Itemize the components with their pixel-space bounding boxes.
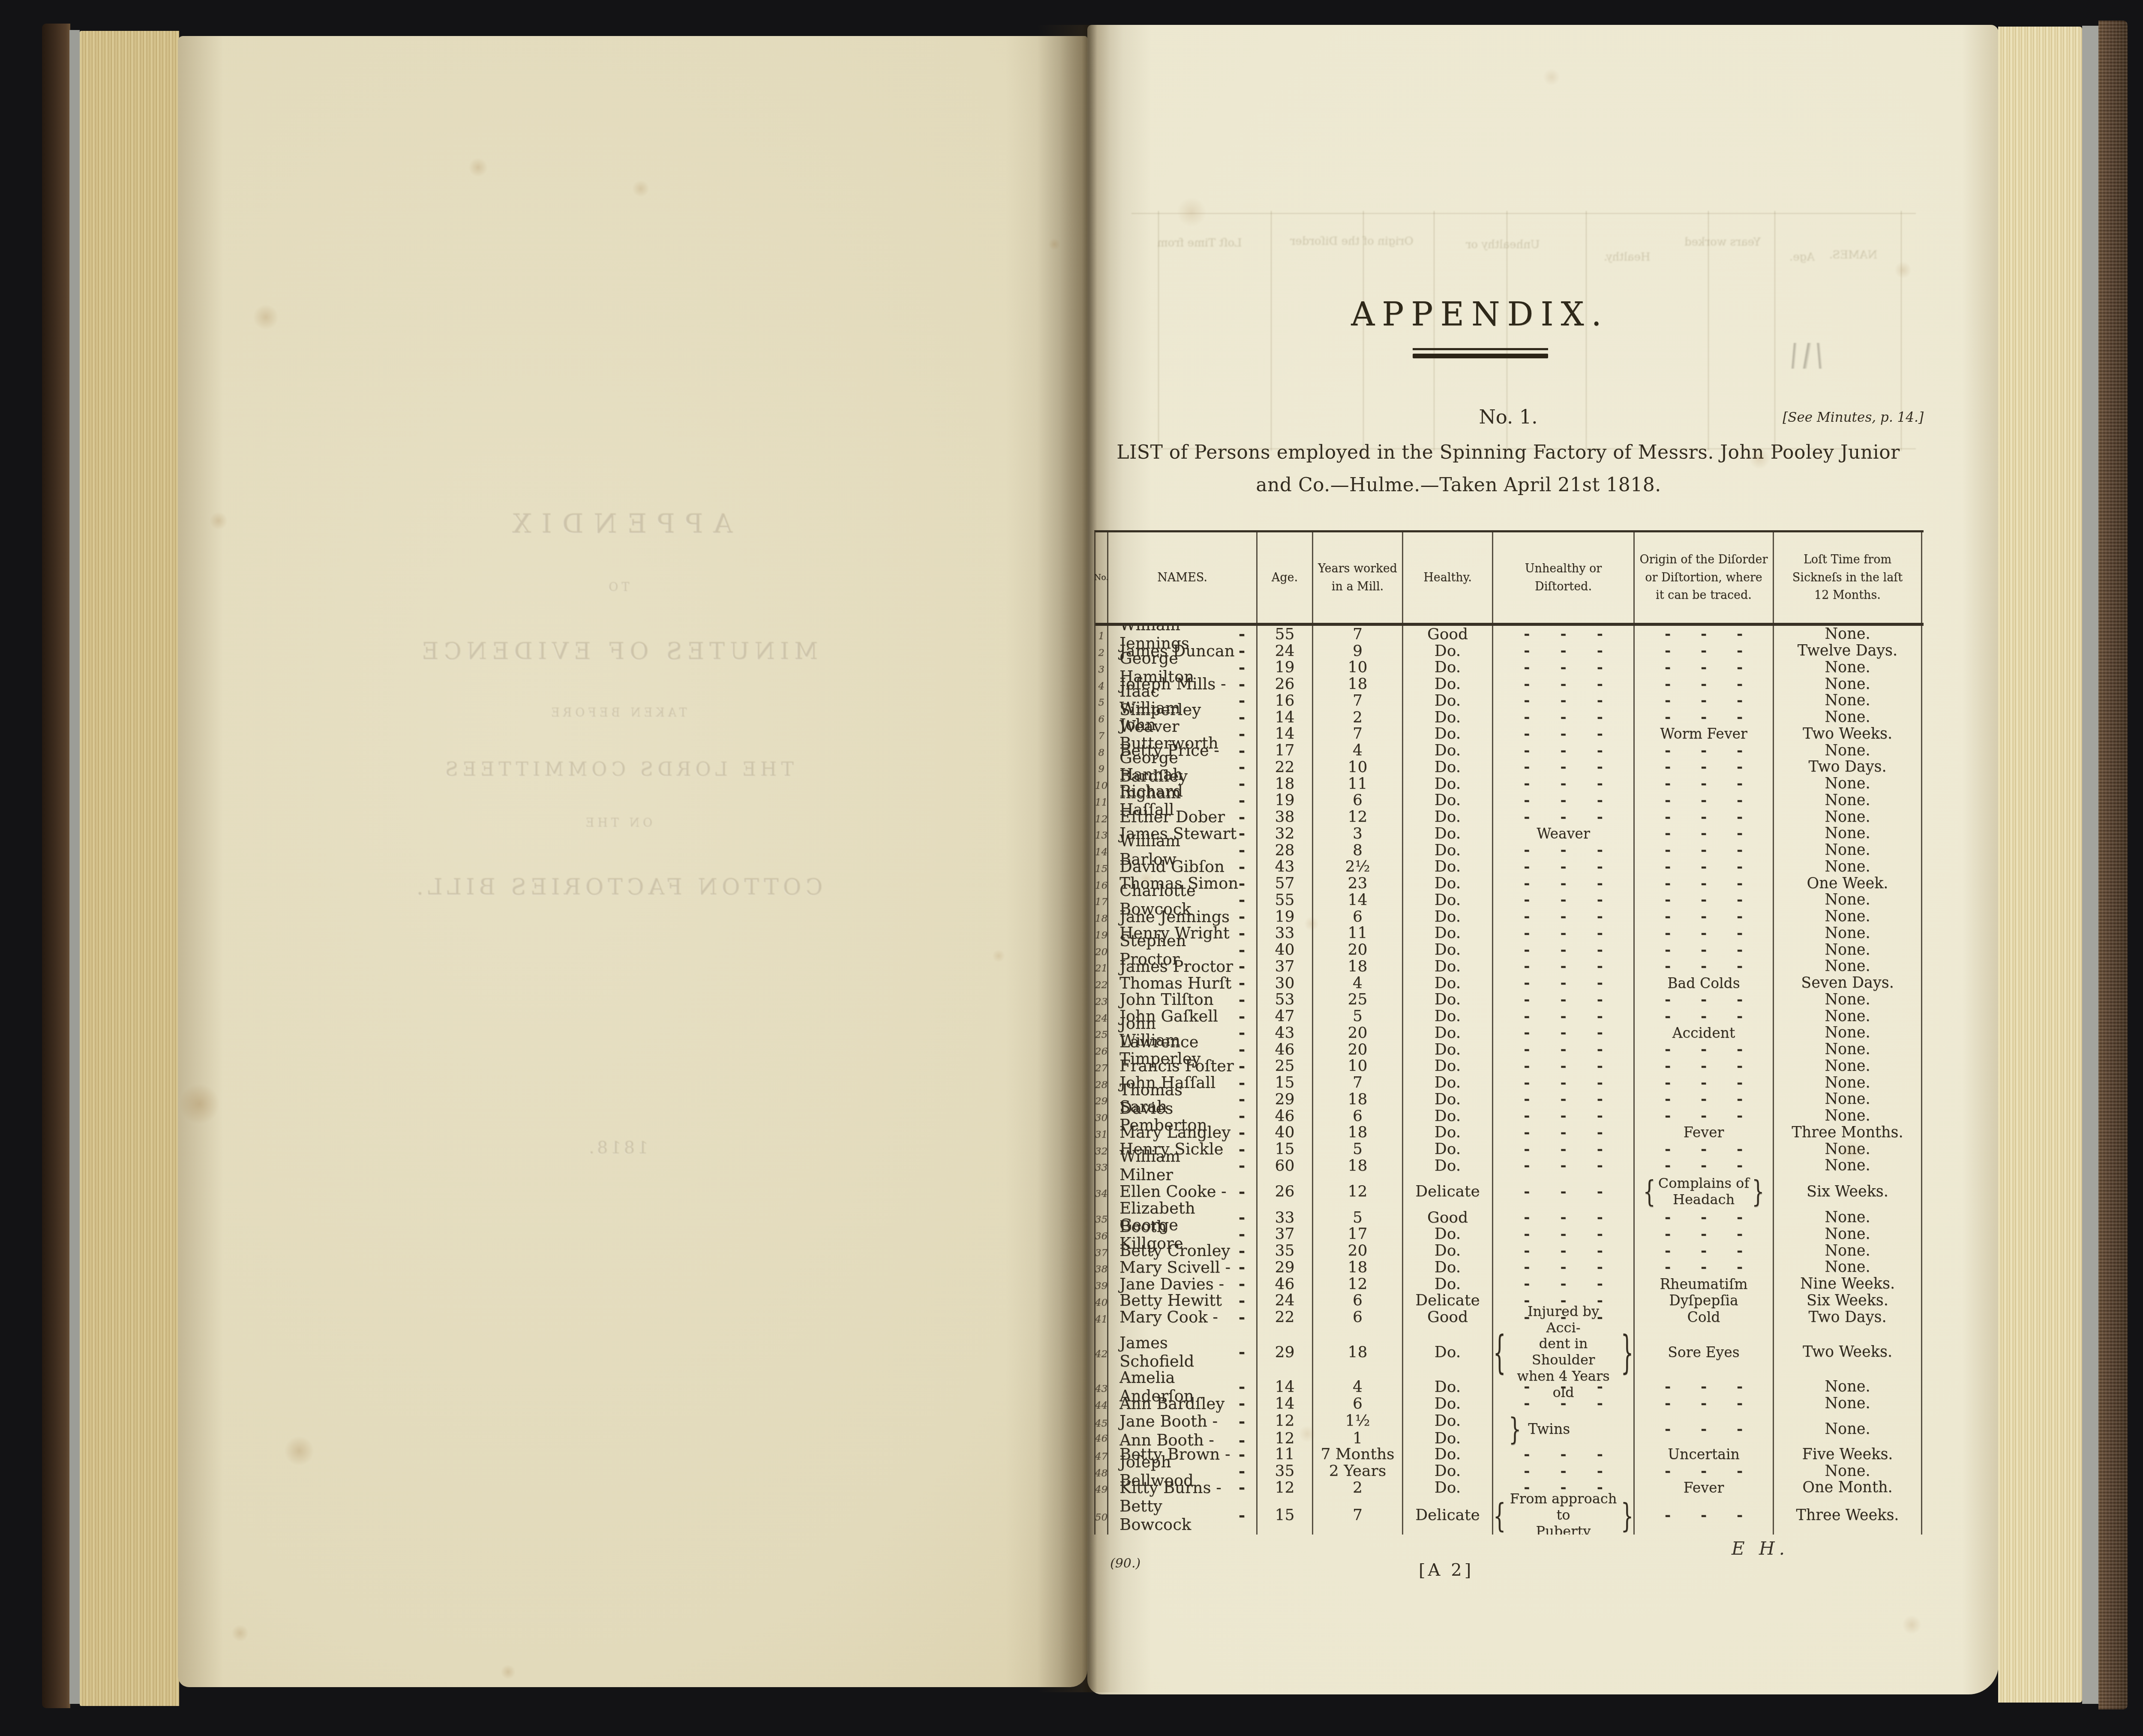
- healthy-status: Do.: [1403, 1479, 1493, 1496]
- dash: -: [1737, 792, 1743, 809]
- lost-time: None.: [1774, 1058, 1922, 1075]
- dash: -: [1560, 742, 1566, 759]
- dash: -: [1560, 1258, 1566, 1276]
- person-age: 46: [1258, 1108, 1313, 1124]
- dash-filler: ---: [1493, 958, 1633, 975]
- lost-time: None.: [1774, 1463, 1922, 1479]
- dash: -: [1701, 792, 1707, 809]
- dash: -: [1597, 1275, 1603, 1292]
- healthy-status: Do.: [1403, 1259, 1493, 1276]
- dash-filler: ---: [1493, 1041, 1633, 1058]
- dash: -: [1665, 925, 1671, 942]
- person-name: Eſther Dober-: [1108, 808, 1258, 825]
- dash: -: [1737, 1242, 1743, 1259]
- years-worked: 23: [1313, 875, 1403, 892]
- dash: -: [1524, 1258, 1530, 1276]
- years-worked: 12: [1313, 1276, 1403, 1292]
- dash-filler: ---: [1635, 1057, 1773, 1075]
- table-row: 33William Milner-6018Do.------None.: [1096, 1157, 1924, 1174]
- dash-filler: ---: [1493, 1157, 1633, 1174]
- row-number: 5: [1096, 692, 1108, 709]
- dash: -: [1560, 758, 1566, 775]
- dash: -: [1524, 1225, 1530, 1243]
- healthy-status: Do.: [1403, 875, 1493, 892]
- unhealthy-note: ---: [1493, 643, 1635, 659]
- dash: -: [1737, 758, 1743, 775]
- dash: -: [1560, 1225, 1566, 1243]
- dash-filler: ---: [1635, 1395, 1773, 1412]
- dash: -: [1665, 775, 1671, 792]
- years-worked: 18: [1313, 1325, 1403, 1379]
- name-dash: -: [1239, 874, 1256, 893]
- dash: -: [1701, 958, 1707, 975]
- dash: -: [1524, 1209, 1530, 1226]
- dash: -: [1597, 1107, 1603, 1124]
- healthy-status: Do.: [1403, 1058, 1493, 1075]
- person-age: 55: [1258, 892, 1313, 908]
- disorder-origin: Dyſpepſia: [1635, 1292, 1774, 1309]
- dash: -: [1524, 1008, 1530, 1025]
- dash: -: [1524, 1378, 1530, 1395]
- row-number: 33: [1096, 1157, 1108, 1174]
- person-age: 15: [1258, 1141, 1313, 1157]
- dash: -: [1597, 1209, 1603, 1226]
- disorder-origin: ---: [1635, 1463, 1774, 1479]
- dash: -: [1701, 1258, 1707, 1276]
- years-worked: 17: [1313, 1226, 1403, 1243]
- person-name: Mary Scivell --: [1108, 1259, 1258, 1276]
- dash: -: [1597, 1008, 1603, 1025]
- dash-filler: ---: [1493, 1242, 1633, 1259]
- dash: -: [1665, 1074, 1671, 1091]
- dash: -: [1665, 642, 1671, 659]
- person-name-text: Ellen Cooke -: [1120, 1182, 1227, 1201]
- unhealthy-note: }Twins: [1493, 1412, 1635, 1446]
- dash: -: [1737, 891, 1743, 908]
- table-row: 30Sarah Pemberton-466Do.------None.: [1096, 1108, 1924, 1124]
- dash: -: [1597, 709, 1603, 726]
- table-row: 18Jane Jennings-196Do.------None.: [1096, 908, 1924, 925]
- row-number: 39: [1096, 1276, 1108, 1292]
- person-age: 16: [1258, 692, 1313, 709]
- dash: -: [1524, 974, 1530, 991]
- lost-time: None.: [1774, 1242, 1922, 1259]
- disorder-origin: ---: [1635, 692, 1774, 709]
- dash: -: [1597, 1225, 1603, 1243]
- dash: -: [1597, 775, 1603, 792]
- dash: -: [1597, 1157, 1603, 1174]
- disorder-origin: ---: [1635, 859, 1774, 875]
- years-worked: 11: [1313, 775, 1403, 792]
- unhealthy-note: ---: [1493, 1091, 1635, 1108]
- person-age: 15: [1258, 1496, 1313, 1535]
- unhealthy-note: ---: [1493, 759, 1635, 775]
- row-number: 1: [1096, 626, 1108, 643]
- dash: -: [1597, 841, 1603, 859]
- name-dash: -: [1239, 1156, 1256, 1175]
- table-row: 23John Tilſton-5325Do.------None.: [1096, 991, 1924, 1008]
- lost-time: None.: [1774, 991, 1922, 1008]
- person-age: 14: [1258, 726, 1313, 742]
- dash-filler: ---: [1635, 792, 1773, 809]
- person-age: 38: [1258, 808, 1313, 825]
- list-title-line2: and Co.—Hulme.—Taken April 21st 1818.: [1094, 474, 1823, 496]
- healthy-status: Do.: [1403, 975, 1493, 991]
- dash: -: [1665, 1041, 1671, 1058]
- row-number: 4546: [1096, 1412, 1108, 1446]
- dash: -: [1597, 958, 1603, 975]
- unhealthy-note: ---: [1493, 659, 1635, 676]
- dash: -: [1524, 1275, 1530, 1292]
- dash: -: [1524, 925, 1530, 942]
- brace-glyph: }: [1621, 1496, 1633, 1535]
- disorder-origin: ---: [1635, 1209, 1774, 1226]
- healthy-status: Do.: [1403, 676, 1493, 692]
- row-number: 38: [1096, 1259, 1108, 1276]
- disorder-origin: ---: [1635, 709, 1774, 726]
- dash-filler: ---: [1635, 1008, 1773, 1025]
- unhealthy-note: ---: [1493, 808, 1635, 825]
- dash: -: [1737, 1074, 1743, 1091]
- dash: -: [1524, 725, 1530, 742]
- person-age: 57: [1258, 875, 1313, 892]
- dash: -: [1701, 825, 1707, 842]
- healthy-status: Delicate: [1403, 1292, 1493, 1309]
- person-age: 35: [1258, 1242, 1313, 1259]
- person-name: Stephen Proctor-: [1108, 941, 1258, 958]
- dash: -: [1737, 941, 1743, 958]
- row-number: 25: [1096, 1024, 1108, 1041]
- multiline-text: Complains of Headach: [1656, 1175, 1752, 1208]
- dash-filler: ---: [1635, 1242, 1773, 1259]
- pencil-marks: [1769, 343, 1846, 369]
- unhealthy-note: ---: [1493, 692, 1635, 709]
- dash: -: [1560, 1057, 1566, 1075]
- years-worked: 2: [1313, 709, 1403, 726]
- dash-filler: ---: [1635, 758, 1773, 775]
- dash: -: [1665, 1225, 1671, 1243]
- dash: -: [1737, 1507, 1743, 1524]
- dash-filler: ---: [1493, 1209, 1633, 1226]
- person-name: John Butterworth-: [1108, 726, 1258, 742]
- person-age: 55: [1258, 626, 1313, 643]
- dash-filler: ---: [1635, 875, 1773, 892]
- column-header-origin: Origin of the Diſorder or Diſtortion, wh…: [1635, 532, 1774, 623]
- name-dash: -: [1239, 641, 1256, 660]
- dash: -: [1701, 875, 1707, 892]
- dash: -: [1597, 725, 1603, 742]
- years-worked: 7: [1313, 1074, 1403, 1091]
- dash: -: [1665, 1107, 1671, 1124]
- person-name: Amelia Anderſon-: [1108, 1379, 1258, 1395]
- dash-filler: ---: [1493, 1090, 1633, 1108]
- unhealthy-text: Weaver: [1493, 825, 1633, 842]
- dash-filler: ---: [1493, 709, 1633, 726]
- name-dash: -: [1239, 691, 1256, 710]
- dash: -: [1701, 891, 1707, 908]
- healthy-status: Do.: [1403, 941, 1493, 958]
- unhealthy-note: ---: [1493, 1141, 1635, 1157]
- lost-time: Three Months.: [1774, 1124, 1922, 1141]
- person-name-text: Mary Cook -: [1120, 1308, 1218, 1326]
- dash: -: [1665, 758, 1671, 775]
- dash: -: [1701, 991, 1707, 1008]
- disorder-origin: ---: [1635, 825, 1774, 842]
- row-number: 49: [1096, 1479, 1108, 1496]
- table-row: 39Jane Davies --4612Do.---RheumatiſmNine…: [1096, 1276, 1924, 1292]
- healthy-status: Do.: [1403, 1124, 1493, 1141]
- unhealthy-note: ---: [1493, 1108, 1635, 1124]
- person-name: Betty Bowcock-: [1108, 1496, 1258, 1535]
- dash-filler: ---: [1493, 891, 1633, 908]
- row-number: 19: [1096, 925, 1108, 942]
- healthy-status: Do.: [1403, 1091, 1493, 1108]
- dash-filler: ---: [1493, 692, 1633, 709]
- row-number: 18: [1096, 908, 1108, 925]
- dash: -: [1597, 659, 1603, 676]
- table-row: 36George Killgore-3717Do.------None.: [1096, 1226, 1924, 1243]
- dash: -: [1701, 1395, 1707, 1412]
- dash: -: [1524, 1141, 1530, 1158]
- person-age: 47: [1258, 1008, 1313, 1024]
- dash: -: [1737, 908, 1743, 925]
- person-age: 24: [1258, 1292, 1313, 1309]
- dash: -: [1701, 1421, 1707, 1438]
- footer-initials: E H.: [1732, 1538, 1789, 1559]
- dash: -: [1597, 792, 1603, 809]
- unhealthy-note: ---: [1493, 875, 1635, 892]
- dash-filler: ---: [1635, 1258, 1773, 1276]
- dash: -: [1560, 841, 1566, 859]
- years-worked: 12: [1313, 1174, 1403, 1209]
- origin-text: Bad Colds: [1635, 975, 1773, 991]
- person-name-text: John Tilſton: [1120, 990, 1214, 1009]
- dash-filler: ---: [1635, 1090, 1773, 1108]
- name-dash: -: [1239, 1182, 1256, 1201]
- table-row-pair: 4546Jane Booth --Ann Booth --12121½1Do.D…: [1096, 1412, 1924, 1446]
- name-dash: -: [1239, 1208, 1256, 1227]
- row-number: 15: [1096, 859, 1108, 875]
- brace-glyph: {: [1643, 1174, 1656, 1209]
- unhealthy-note: ---: [1493, 1276, 1635, 1292]
- dash: -: [1701, 1209, 1707, 1226]
- dash: -: [1665, 626, 1671, 643]
- dash-filler: ---: [1493, 1183, 1633, 1200]
- dash: -: [1560, 1024, 1566, 1041]
- dash: -: [1701, 626, 1707, 643]
- row-number: 27: [1096, 1058, 1108, 1075]
- healthy-status: Do.: [1403, 775, 1493, 792]
- dash: -: [1524, 875, 1530, 892]
- name-dash: -: [1239, 708, 1256, 727]
- person-age: 24: [1258, 643, 1313, 659]
- dash: -: [1701, 1157, 1707, 1174]
- name-dash: -: [1239, 1274, 1256, 1293]
- unhealthy-note: Weaver: [1493, 825, 1635, 842]
- name-dash: -: [1239, 757, 1256, 776]
- lost-time: None.: [1774, 941, 1922, 958]
- healthy-status: Do.: [1403, 1395, 1493, 1412]
- dash: -: [1665, 908, 1671, 925]
- dash: -: [1665, 742, 1671, 759]
- dash-filler: ---: [1493, 941, 1633, 958]
- person-name-line: Jane Booth --: [1120, 1412, 1256, 1431]
- row-number: 22: [1096, 975, 1108, 991]
- table-row: 17Charlotte Bowcock-5514Do.------None.: [1096, 892, 1924, 908]
- dash: -: [1701, 941, 1707, 958]
- dash-filler: ---: [1635, 1157, 1773, 1174]
- dash-filler: ---: [1635, 775, 1773, 792]
- healthy-status: Good: [1403, 1209, 1493, 1226]
- person-age: 14: [1258, 1395, 1313, 1412]
- table-row: 20Stephen Proctor-4020Do.------None.: [1096, 941, 1924, 958]
- dash-filler: ---: [1493, 725, 1633, 742]
- person-age: 12: [1258, 1479, 1313, 1496]
- name-dash: -: [1239, 1462, 1256, 1481]
- dash: -: [1524, 1057, 1530, 1075]
- unhealthy-note: ---: [1493, 726, 1635, 742]
- dash: -: [1597, 891, 1603, 908]
- disorder-origin: ---: [1635, 1379, 1774, 1395]
- column-header-lost-time: Loſt Time from Sickneſs in the laſt 12 M…: [1774, 532, 1922, 623]
- unhealthy-note: ---: [1493, 1226, 1635, 1243]
- person-age: 40: [1258, 941, 1313, 958]
- endpaper-right: [2082, 26, 2098, 1704]
- table-row: 38Mary Scivell --2918Do.------None.: [1096, 1259, 1924, 1276]
- lost-time: None.: [1774, 825, 1922, 842]
- dash-filler: ---: [1635, 958, 1773, 975]
- dash: -: [1737, 1225, 1743, 1243]
- person-name: Mary Cook --: [1108, 1309, 1258, 1325]
- name-dash: -: [1239, 1258, 1256, 1276]
- person-name-text: James Schofield: [1120, 1334, 1239, 1370]
- dash: -: [1524, 841, 1530, 859]
- dash-filler: ---: [1635, 991, 1773, 1008]
- dash: -: [1597, 1446, 1603, 1463]
- person-name-text: Jane Booth -: [1120, 1412, 1218, 1430]
- title-rule: [1413, 348, 1548, 358]
- origin-text: Uncertain: [1635, 1446, 1773, 1463]
- dash: -: [1665, 891, 1671, 908]
- unhealthy-note: ---: [1493, 1157, 1635, 1174]
- table-row: 12Eſther Dober-3812Do.------None.: [1096, 808, 1924, 825]
- row-number: 28: [1096, 1074, 1108, 1091]
- row-number: 9: [1096, 759, 1108, 775]
- lost-time: None.: [1774, 775, 1922, 792]
- disorder-origin: Rheumatiſm: [1635, 1276, 1774, 1292]
- dash: -: [1665, 991, 1671, 1008]
- dash: -: [1737, 808, 1743, 826]
- disorder-origin: ---: [1635, 742, 1774, 759]
- dash: -: [1597, 1242, 1603, 1259]
- healthy-status: Do.: [1403, 859, 1493, 875]
- dash: -: [1737, 1209, 1743, 1226]
- unhealthy-note: ---: [1493, 925, 1635, 942]
- dash: -: [1524, 758, 1530, 775]
- lost-time: Three Weeks.: [1774, 1496, 1922, 1535]
- disorder-origin: ---: [1635, 626, 1774, 643]
- row-number: 30: [1096, 1108, 1108, 1124]
- dash: -: [1737, 1008, 1743, 1025]
- disorder-origin: ---: [1635, 941, 1774, 958]
- dash: -: [1524, 1463, 1530, 1480]
- years-worked: 18: [1313, 1259, 1403, 1276]
- dash: -: [1560, 1378, 1566, 1395]
- person-age: 19: [1258, 659, 1313, 676]
- table-row: 21James Proctor-3718Do.------None.: [1096, 958, 1924, 975]
- person-name: Betty Hewitt-: [1108, 1292, 1258, 1309]
- lost-time: None.: [1774, 792, 1922, 809]
- dash-filler: ---: [1635, 925, 1773, 942]
- healthy-status: Do.: [1403, 709, 1493, 726]
- person-age: 26: [1258, 676, 1313, 692]
- dash: -: [1524, 991, 1530, 1008]
- healthy-status: Do.: [1403, 1041, 1493, 1058]
- lost-time: None.: [1774, 1226, 1922, 1243]
- dash: -: [1560, 792, 1566, 809]
- unhealthy-note: ---: [1493, 1058, 1635, 1075]
- lost-time: Two Days.: [1774, 759, 1922, 775]
- healthy-status: Good: [1403, 626, 1493, 643]
- row-number: 36: [1096, 1226, 1108, 1243]
- dash: -: [1524, 808, 1530, 826]
- multiline-text: From approach to Puberty: [1506, 1491, 1621, 1535]
- unhealthy-note: ---: [1493, 1074, 1635, 1091]
- dash: -: [1665, 692, 1671, 709]
- unhealthy-note: ---: [1493, 1124, 1635, 1141]
- dash: -: [1737, 692, 1743, 709]
- dash: -: [1737, 742, 1743, 759]
- unhealthy-note: ---: [1493, 1024, 1635, 1041]
- dash-filler: ---: [1493, 1275, 1633, 1292]
- dash: -: [1665, 825, 1671, 842]
- origin-text: Fever: [1635, 1479, 1773, 1496]
- minutes-reference: [See Minutes, p. 14.]: [1672, 410, 1924, 425]
- dash-filler: ---: [1635, 891, 1773, 908]
- years-worked: 20: [1313, 941, 1403, 958]
- lost-time: One Week.: [1774, 875, 1922, 892]
- healthy-status: Do.: [1403, 1276, 1493, 1292]
- name-dash: -: [1239, 808, 1256, 826]
- dash-filler: ---: [1493, 908, 1633, 925]
- years-worked: 2½: [1313, 859, 1403, 875]
- person-name-text: David Gibſon: [1120, 857, 1225, 876]
- person-age: 14: [1258, 709, 1313, 726]
- dash-filler: ---: [1635, 825, 1773, 842]
- name-dash: -: [1239, 1073, 1256, 1092]
- healthy-status: Do.: [1403, 908, 1493, 925]
- years-worked: 10: [1313, 1058, 1403, 1075]
- lost-time: Six Weeks.: [1774, 1174, 1922, 1209]
- dash: -: [1737, 991, 1743, 1008]
- person-age: 60: [1258, 1157, 1313, 1174]
- dash-filler: ---: [1493, 792, 1633, 809]
- table-row: 48Joſeph Bellwood-352 YearsDo.------None…: [1096, 1463, 1924, 1479]
- dash: -: [1597, 626, 1603, 643]
- table-row: 7John Butterworth-147Do.---Worm FeverTwo…: [1096, 726, 1924, 742]
- healthy-status: Do.: [1403, 1008, 1493, 1024]
- healthy-status: Good: [1403, 1309, 1493, 1325]
- column-header-years: Years worked in a Mill.: [1313, 532, 1403, 623]
- dash: -: [1597, 1024, 1603, 1041]
- person-age: 17: [1258, 742, 1313, 759]
- name-dash: -: [1239, 1478, 1256, 1497]
- dash-filler: ---: [1635, 1378, 1773, 1395]
- lost-time: None.: [1774, 1008, 1922, 1024]
- person-name-text: Thomas Hurſt: [1120, 974, 1231, 992]
- dash: -: [1524, 1242, 1530, 1259]
- dash: -: [1524, 1024, 1530, 1041]
